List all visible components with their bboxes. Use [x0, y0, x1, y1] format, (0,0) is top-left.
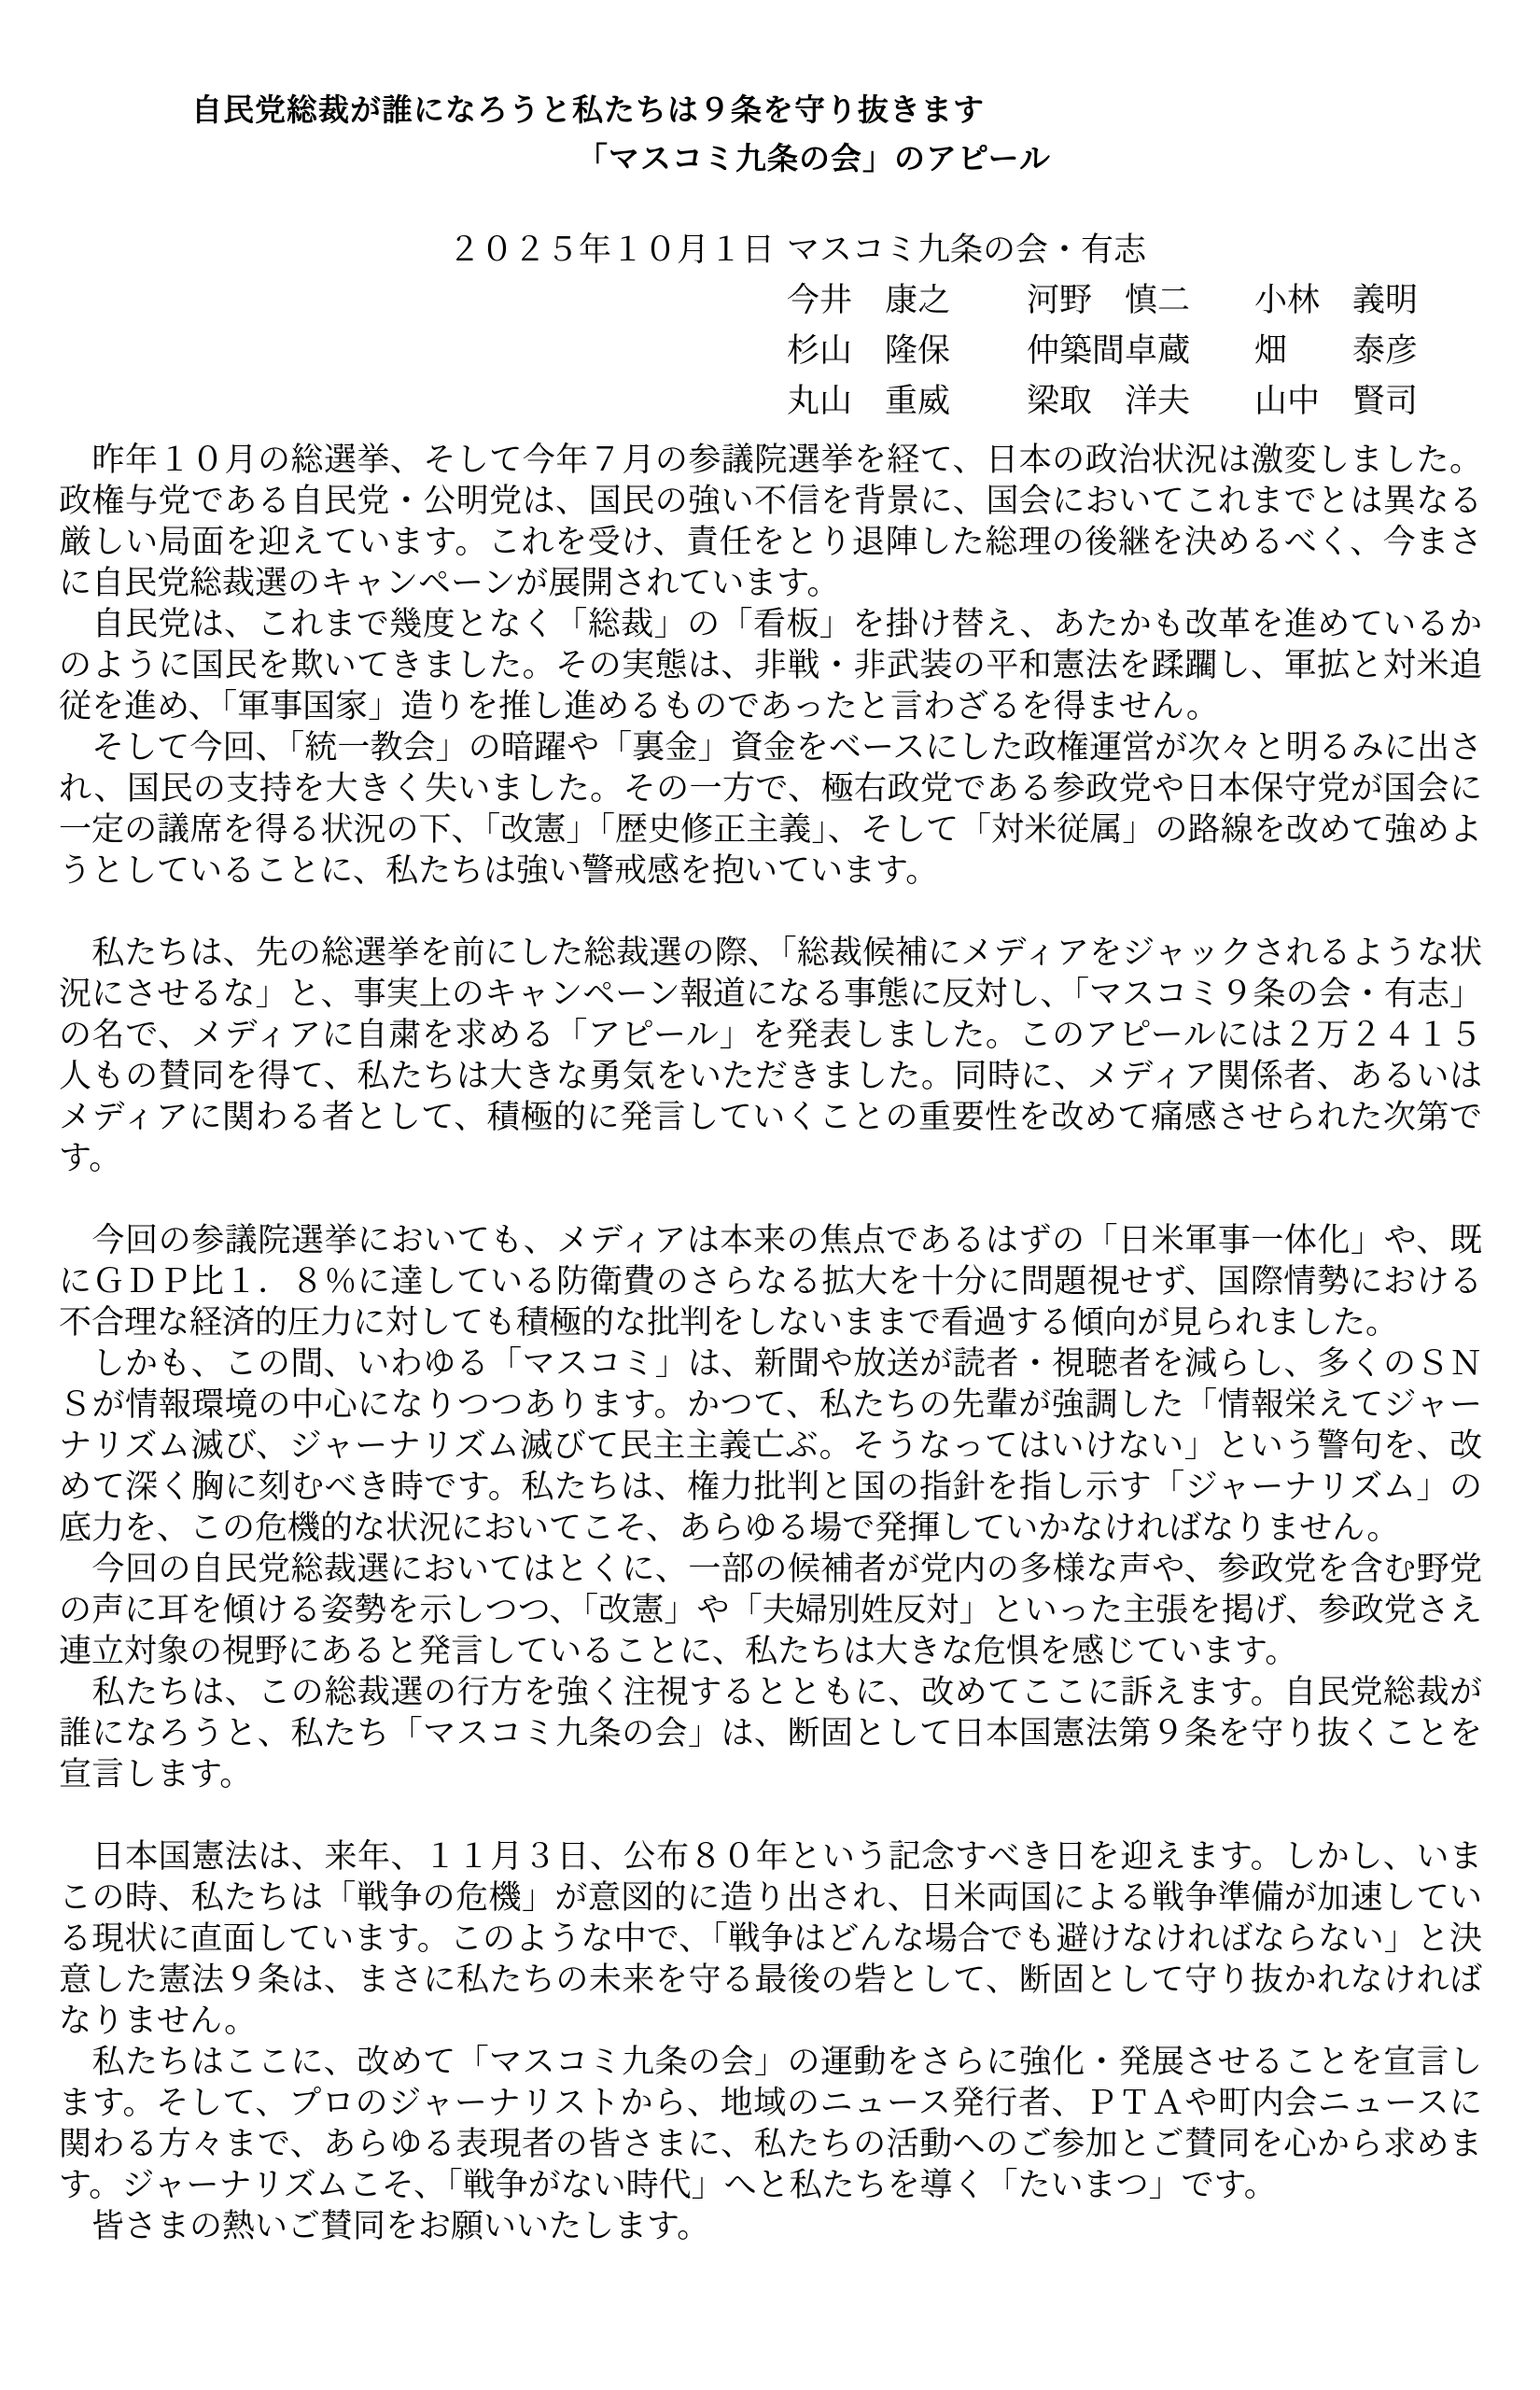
signatory-name: 梁取 洋夫 [1027, 376, 1190, 427]
body-section-1: 昨年１０月の総選挙、そして今年７月の参議院選挙を経て、日本の政治状況は激変しまし… [59, 440, 1482, 892]
document-title-block: 自民党総裁が誰になろうと私たちは９条を守り抜きます 「マスコミ九条の会」のアピー… [0, 0, 1540, 180]
signatory-name: 河野 慎二 [1027, 275, 1190, 326]
organization-name: マスコミ九条の会・有志 [787, 225, 1146, 275]
signatory-name: 丸山 重威 [787, 376, 950, 427]
body-paragraph: 皆さまの熱いご賛同をお願いいたします。 [59, 2206, 1482, 2247]
body-section-3: 今回の参議院選挙においても、メディアは本来の焦点であるはずの「日米軍事一体化」や… [59, 1220, 1482, 1795]
signatory-name: 仲築間卓蔵 [1027, 326, 1190, 376]
body-paragraph: 自民党は、これまで幾度となく「総裁」の「看板」を掛け替え、あたかも改革を進めてい… [59, 604, 1482, 727]
signatory-row: 杉山 隆保 仲築間卓蔵 畑 泰彦 [0, 326, 1540, 376]
document-page: 自民党総裁が誰になろうと私たちは９条を守り抜きます 「マスコミ九条の会」のアピー… [0, 0, 1540, 2390]
body-paragraph: そして今回、「統一教会」の暗躍や「裏金」資金をベースにした政権運営が次々と明るみ… [59, 727, 1482, 892]
body-paragraph: 今回の自民党総裁選においてはとくに、一部の候補者が党内の多様な声や、参政党を含む… [59, 1549, 1482, 1672]
signatory-name: 杉山 隆保 [787, 326, 950, 376]
document-title-line2: 「マスコミ九条の会」のアピール [577, 137, 1540, 180]
body-paragraph: 今回の参議院選挙においても、メディアは本来の焦点であるはずの「日米軍事一体化」や… [59, 1220, 1482, 1343]
document-body: 昨年１０月の総選挙、そして今年７月の参議院選挙を経て、日本の政治状況は激変しまし… [0, 440, 1540, 2247]
signatory-name: 今井 康之 [787, 275, 950, 326]
signatory-row: 丸山 重威 梁取 洋夫 山中 賢司 [0, 376, 1540, 427]
body-paragraph: 私たちは、この総裁選の行方を強く注視するとともに、改めてここに訴えます。自民党総… [59, 1672, 1482, 1795]
document-date: ２０２５年１０月１日 [448, 225, 775, 275]
byline-block: ２０２５年１０月１日 マスコミ九条の会・有志 今井 康之 河野 慎二 小林 義明… [0, 225, 1540, 427]
signatory-name: 山中 賢司 [1254, 376, 1418, 427]
body-section-4: 日本国憲法は、来年、１１月３日、公布８０年という記念すべき日を迎えます。しかし、… [59, 1836, 1482, 2247]
body-paragraph: 私たちは、先の総選挙を前にした総裁選の際、「総裁候補にメディアをジャックされるよ… [59, 933, 1482, 1179]
document-title-line1: 自民党総裁が誰になろうと私たちは９条を守り抜きます [191, 89, 1540, 132]
signatory-name: 畑 泰彦 [1254, 326, 1418, 376]
body-paragraph: しかも、この間、いわゆる「マスコミ」は、新聞や放送が読者・視聴者を減らし、多くの… [59, 1343, 1482, 1549]
date-row: ２０２５年１０月１日 マスコミ九条の会・有志 [0, 225, 1540, 275]
signatory-name: 小林 義明 [1254, 275, 1418, 326]
body-paragraph: 私たちはここに、改めて「マスコミ九条の会」の運動をさらに強化・発展させることを宣… [59, 2042, 1482, 2206]
signatory-row: 今井 康之 河野 慎二 小林 義明 [0, 275, 1540, 326]
body-paragraph: 昨年１０月の総選挙、そして今年７月の参議院選挙を経て、日本の政治状況は激変しまし… [59, 440, 1482, 604]
body-paragraph: 日本国憲法は、来年、１１月３日、公布８０年という記念すべき日を迎えます。しかし、… [59, 1836, 1482, 2042]
body-section-2: 私たちは、先の総選挙を前にした総裁選の際、「総裁候補にメディアをジャックされるよ… [59, 933, 1482, 1179]
